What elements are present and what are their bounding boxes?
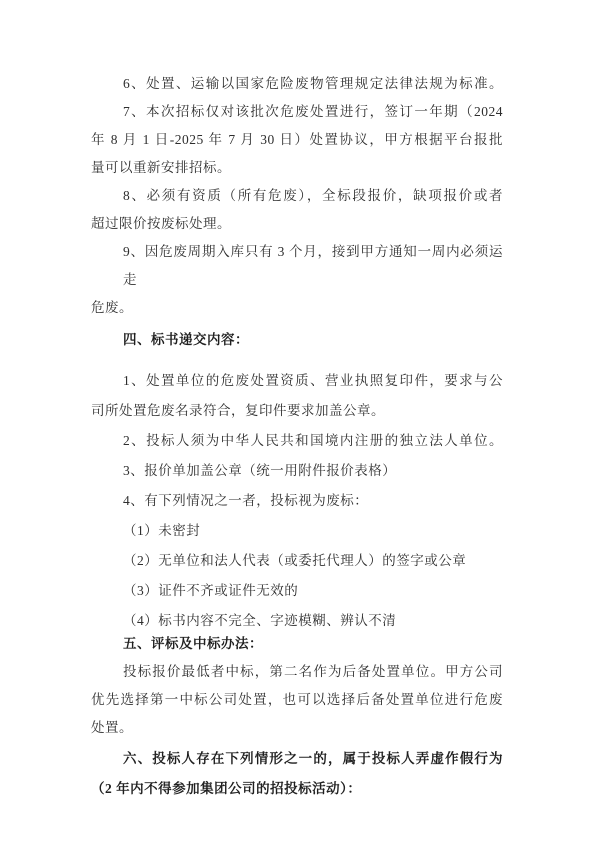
- doc-line: 4、有下列情况之一者，投标视为废标：: [91, 486, 503, 516]
- doc-line: 投标报价最低者中标，第二名作为后备处置单位。甲方公司: [91, 658, 503, 686]
- doc-line: 优先选择第一中标公司处置，也可以选择后备处置单位进行危废: [91, 686, 503, 714]
- section-heading: 六、投标人存在下列情形之一的，属于投标人弄虚作假行为: [91, 744, 503, 774]
- doc-line: 2、投标人须为中华人民共和国境内注册的独立法人单位。: [91, 426, 503, 456]
- doc-line: 危废。: [91, 294, 503, 322]
- doc-line: （2）无单位和法人代表（或委托代理人）的签字或公章: [91, 546, 503, 576]
- doc-line: 司所处置危废名录符合，复印件要求加盖公章。: [91, 396, 503, 426]
- document-page: 6、处置、运输以国家危险废物管理规定法律法规为标准。 7、本次招标仅对该批次危废…: [0, 0, 600, 849]
- doc-line: 处置。: [91, 714, 503, 742]
- section-heading: （2 年内不得参加集团公司的招投标活动）：: [91, 774, 503, 804]
- doc-line: 量可以重新安排招标。: [91, 154, 503, 182]
- doc-line: 3、报价单加盖公章（统一用附件报价表格）: [91, 456, 503, 486]
- doc-line: 9、因危废周期入库只有 3 个月，接到甲方通知一周内必须运走: [91, 238, 503, 294]
- doc-line: （1）未密封: [91, 516, 503, 546]
- doc-line: 6、处置、运输以国家危险废物管理规定法律法规为标准。: [91, 70, 503, 98]
- section-heading: 四、标书递交内容：: [91, 326, 503, 354]
- doc-line: 1、处置单位的危废处置资质、营业执照复印件，要求与公: [91, 366, 503, 396]
- doc-line: 7、本次招标仅对该批次危废处置进行，签订一年期（2024: [91, 98, 503, 126]
- doc-line: 年 8 月 1 日-2025 年 7 月 30 日）处置协议，甲方根据平台报批: [91, 126, 503, 154]
- doc-line: 8、必须有资质（所有危废），全标段报价，缺项报价或者: [91, 182, 503, 210]
- doc-line: 超过限价按废标处理。: [91, 210, 503, 238]
- doc-line: （3）证件不齐或证件无效的: [91, 576, 503, 606]
